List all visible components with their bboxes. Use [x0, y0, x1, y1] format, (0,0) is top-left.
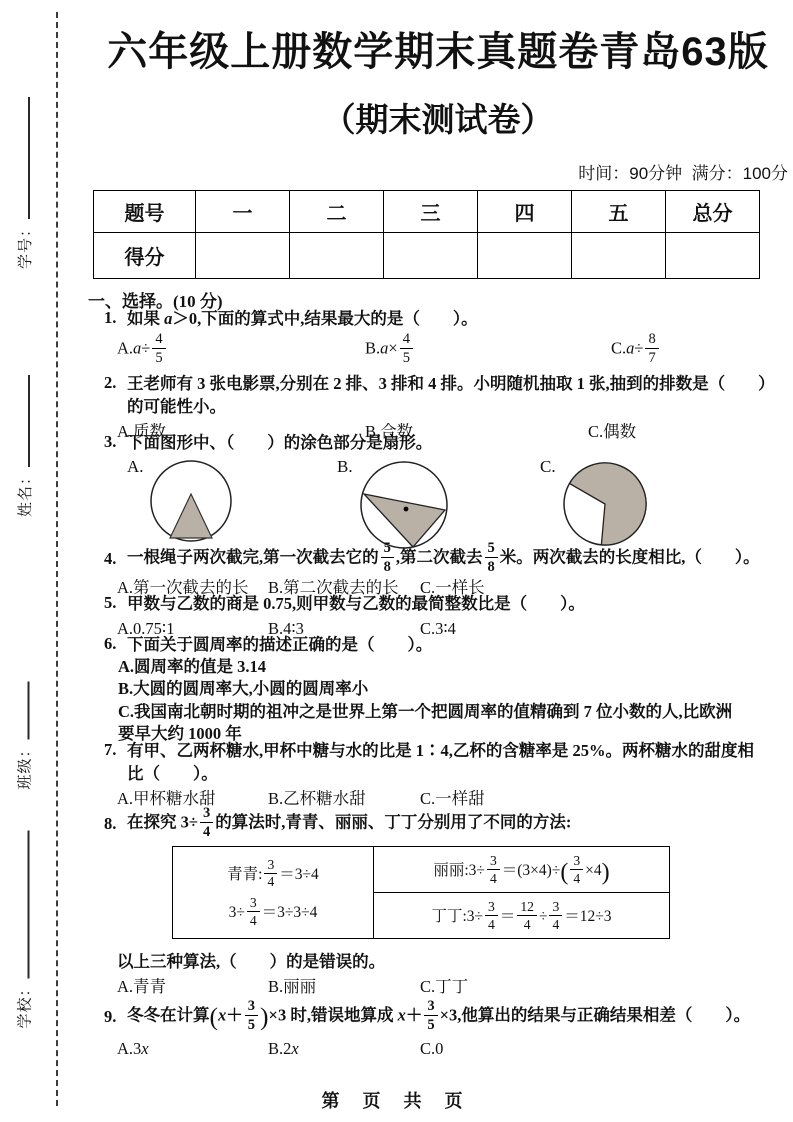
score-table-header-row: 题号 一 二 三 四 五 总分 — [94, 191, 760, 233]
page-subtitle: （期末测试卷） — [88, 94, 788, 141]
score-header-1: 一 — [196, 191, 290, 233]
figure-b: B. — [337, 457, 452, 553]
question-1-options: A.a÷45 B.a×45 C.a÷87 — [88, 332, 788, 372]
score-header-timu: 题号 — [94, 191, 196, 233]
student-id-label: 学号： — [17, 221, 34, 269]
figure-a: A. — [127, 457, 235, 545]
score-cell-4 — [478, 233, 572, 279]
question-8: 8. 在探究 3÷34的算法时,青青、丽丽、丁丁分别用了不同的方法: 青青:34… — [88, 806, 788, 999]
circle-triangle-chord-icon — [356, 457, 452, 553]
page-title: 六年级上册数学期末真题卷青岛63版 — [88, 20, 788, 77]
circle-major-sector-icon — [559, 457, 651, 549]
question-8-options: A.青青 B.丽丽 C.丁丁 — [88, 976, 788, 999]
score-cell-2 — [290, 233, 384, 279]
q8-dingding-formula: 丁丁:3÷34＝124÷34＝12÷3 — [378, 900, 665, 931]
question-1-stem: 如果 a＞0,下面的算式中,结果最大的是（ ）。 — [88, 307, 788, 330]
figure-c: C. — [540, 457, 651, 549]
score-table: 题号 一 二 三 四 五 总分 得分 — [93, 190, 760, 279]
figure-c-label: C. — [540, 457, 556, 477]
q8-option-b: B.丽丽 — [268, 976, 316, 998]
school-label: 学校： — [17, 980, 34, 1028]
question-9-options: A.3x B.2x C.0 — [88, 1038, 788, 1061]
score-header-3: 三 — [384, 191, 478, 233]
score-cell-total — [666, 233, 760, 279]
question-3-figures: A. B. C. — [88, 457, 788, 547]
question-3: 3. 下面图形中、（ ）的涂色部分是扇形。 A. B. — [88, 431, 788, 547]
sidebar-field-name: 姓名： — [14, 362, 35, 517]
q1-option-b: B.a×45 — [365, 332, 415, 365]
question-2-stem-line2: 的可能性小。 — [88, 395, 788, 418]
question-5-number: 5. — [104, 593, 116, 613]
school-blank-line — [17, 830, 30, 978]
question-6: 6. 下面关于圆周率的描述正确的是（ ）。 A.圆周率的值是 3.14 B.大圆… — [88, 633, 788, 745]
q6-option-a: A.圆周率的值是 3.14 — [88, 656, 788, 678]
question-5-stem: 甲数与乙数的商是 0.75,则甲数与乙数的最简整数比是（ ）。 — [88, 592, 788, 615]
question-8-stem: 在探究 3÷34的算法时,青青、丽丽、丁丁分别用了不同的方法: — [88, 806, 788, 839]
question-9-stem: 冬冬在计算(x＋35)×3 时,错误地算成 x＋35×3,他算出的结果与正确结果… — [88, 999, 788, 1032]
fold-dashed-line — [56, 12, 58, 1106]
sidebar-field-class: 班级： — [14, 670, 35, 790]
q8-lili-formula: 丽丽:3÷34＝(3×4)÷(34×4) — [378, 854, 665, 885]
sidebar-field-student-id: 学号： — [14, 84, 35, 269]
q6-option-c: C.我国南北朝时期的祖冲之是世界上第一个把圆周率的值精确到 7 位小数的人,比欧… — [88, 701, 788, 723]
q8-cell-qingqing: 青青:34＝3÷4 3÷34＝3÷3÷4 — [173, 847, 374, 939]
score-row-label: 得分 — [94, 233, 196, 279]
score-cell-3 — [384, 233, 478, 279]
circle-triangle-bottom-icon — [147, 457, 235, 545]
q8-option-c: C.丁丁 — [420, 976, 468, 998]
question-6-stem: 下面关于圆周率的描述正确的是（ ）。 — [88, 633, 788, 656]
time-score-info: 时间：90分钟 满分：100分 — [88, 159, 790, 184]
sidebar-field-school: 学校： — [14, 817, 35, 1029]
q9-option-a: A.3x — [117, 1038, 149, 1060]
question-2-stem-line1: 王老师有 3 张电影票,分别在 2 排、3 排和 4 排。小明随机抽取 1 张,… — [88, 372, 788, 395]
student-id-blank-line — [17, 97, 30, 219]
score-cell-5 — [572, 233, 666, 279]
class-blank-line — [17, 681, 30, 739]
q1-option-a: A.a÷45 — [117, 332, 168, 365]
question-7-stem-line2: 比（ ）。 — [88, 762, 788, 785]
question-9: 9. 冬冬在计算(x＋35)×3 时,错误地算成 x＋35×3,他算出的结果与正… — [88, 999, 788, 1061]
question-4-stem: 一根绳子两次截完,第一次截去它的58,第二次截去58米。两次截去的长度相比,（ … — [88, 541, 788, 574]
question-4-number: 4. — [104, 549, 116, 569]
q8-option-a: A.青青 — [117, 976, 166, 998]
question-3-stem: 下面图形中、（ ）的涂色部分是扇形。 — [88, 431, 788, 454]
question-9-number: 9. — [104, 1007, 116, 1027]
question-8-methods-table: 青青:34＝3÷4 3÷34＝3÷3÷4 丽丽:3÷34＝(3×4)÷(34×4… — [172, 846, 670, 939]
question-7-number: 7. — [104, 740, 116, 760]
page-footer: 第 页 共 页 — [0, 1087, 793, 1113]
question-7: 7. 有甲、乙两杯糖水,甲杯中糖与水的比是 1∶4,乙杯的含糖率是 25%。两杯… — [88, 739, 788, 811]
q8-cell-dingding: 丁丁:3÷34＝124÷34＝12÷3 — [374, 893, 670, 939]
question-1: 1. 如果 a＞0,下面的算式中,结果最大的是（ ）。 A.a÷45 B.a×4… — [88, 307, 788, 372]
question-8-conclusion-line: 以上三种算法,（ ）的是错误的。 — [88, 951, 788, 973]
score-cell-1 — [196, 233, 290, 279]
q8-qingqing-line1: 青青:34＝3÷4 — [177, 858, 369, 889]
figure-a-label: A. — [127, 457, 144, 477]
score-header-5: 五 — [572, 191, 666, 233]
class-label: 班级： — [17, 741, 34, 789]
question-8-number: 8. — [104, 814, 116, 834]
question-3-number: 3. — [104, 432, 116, 452]
score-header-total: 总分 — [666, 191, 760, 233]
score-header-2: 二 — [290, 191, 384, 233]
name-label: 姓名： — [17, 469, 34, 517]
question-1-number: 1. — [104, 308, 116, 328]
score-header-4: 四 — [478, 191, 572, 233]
q8-cell-lili: 丽丽:3÷34＝(3×4)÷(34×4) — [374, 847, 670, 893]
question-7-stem-line1: 有甲、乙两杯糖水,甲杯中糖与水的比是 1∶4,乙杯的含糖率是 25%。两杯糖水的… — [88, 739, 788, 762]
q9-option-b: B.2x — [268, 1038, 299, 1060]
question-6-number: 6. — [104, 634, 116, 654]
q1-option-c: C.a÷87 — [611, 332, 661, 365]
question-2-number: 2. — [104, 373, 116, 393]
q9-option-c: C.0 — [420, 1038, 443, 1060]
score-table-score-row: 得分 — [94, 233, 760, 279]
q8-qingqing-line2: 3÷34＝3÷3÷4 — [177, 896, 369, 927]
exam-content: 六年级上册数学期末真题卷青岛63版 （期末测试卷） 时间：90分钟 满分：100… — [88, 0, 788, 1122]
figure-b-label: B. — [337, 457, 353, 477]
q6-option-b: B.大圆的圆周率大,小圆的圆周率小 — [88, 678, 788, 700]
name-blank-line — [17, 375, 30, 467]
